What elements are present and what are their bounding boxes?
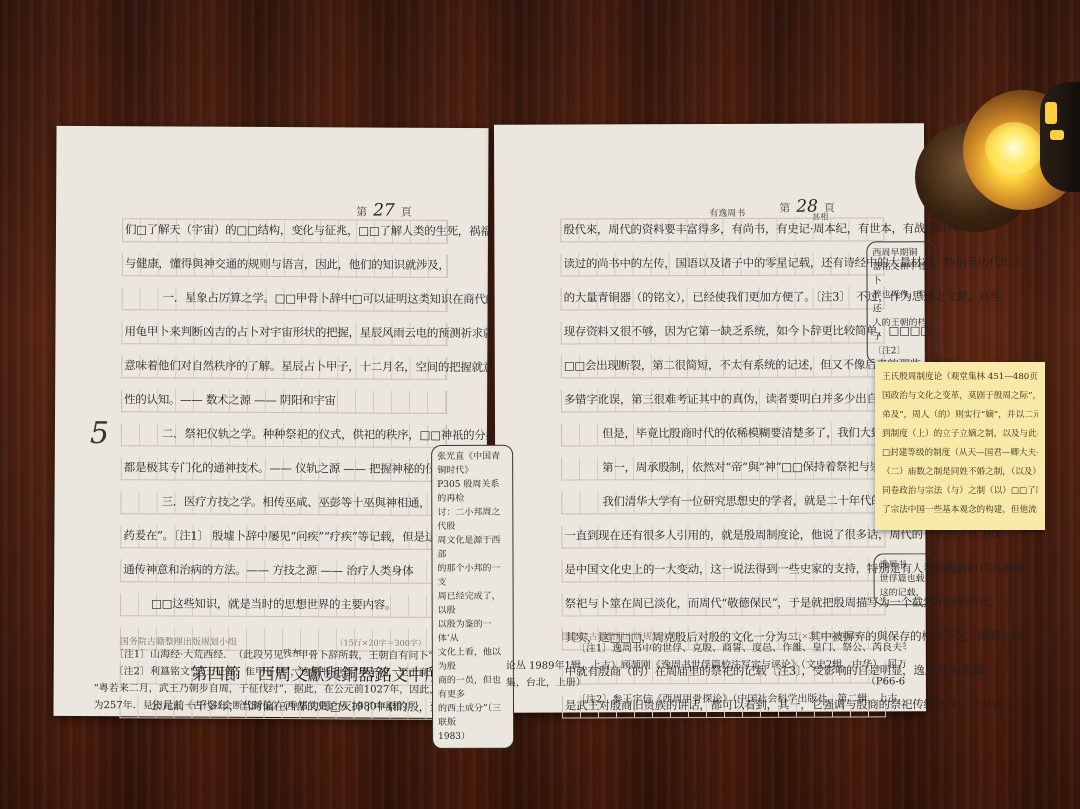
manuscript-line: □□这些知识，就是当时的思想世界的主要内容。 bbox=[151, 595, 396, 612]
grid-row: 二．祭祀仪轨之学。种种祭祀的仪式，供祀的秩序，□□神祇的分类， bbox=[121, 423, 447, 448]
note-line: 人的王朝的档子 bbox=[873, 316, 931, 344]
manuscript-line: 通传神意和治病的方法。—— 方技之源 —— 治疗人类身体 bbox=[123, 561, 413, 579]
manuscript-page-right: 第28頁 有逸周书 甚相 殷代來，周代的资料要丰富得多，有尚书，有史记·周本纪，… bbox=[494, 123, 926, 712]
note-line: 张光直《中国青铜时代》 bbox=[437, 450, 507, 478]
grid-row: 读过的尚书中的左传，国语以及诸子中的零星记载，还有诗经中的大量材料，特别是历代出… bbox=[560, 252, 884, 276]
note-line: 这的记载， bbox=[880, 586, 932, 600]
manuscript-line: 与健康，懂得與神交通的规则与语言，因此，他们的知识就涉及， bbox=[125, 255, 450, 273]
oil-lamp bbox=[915, 62, 1080, 232]
page-number-label: 第27頁 bbox=[356, 200, 412, 220]
note-line: 讨：二小邦周之代殷 bbox=[437, 506, 507, 534]
manuscript-line: 读过的尚书中的左传，国语以及诸子中的零星记载，还有诗经中的大量材料，特别是历代出… bbox=[563, 254, 1022, 272]
lamp-vent bbox=[1050, 130, 1064, 140]
page-label-prefix: 第 bbox=[779, 202, 790, 215]
footnote: “粤若来二月，武王乃朝步自周，于征伐纣”，据此，在公元前1027年，因此，周初的… bbox=[94, 680, 466, 699]
sticky-note-line: □封建等级的制度（从天—国君—卿大夫—士下）， bbox=[882, 444, 1038, 463]
page-number: 27 bbox=[373, 201, 395, 221]
note-line: 器铭文和甲骨卜 bbox=[872, 260, 930, 288]
grid-row: 我们清华大学有一位研究思想史的学者，就是二十年代的王国维，他有一篇著名的论文， bbox=[561, 490, 885, 514]
grid-row: 与健康，懂得與神交通的规则与语言，因此，他们的知识就涉及， bbox=[122, 253, 448, 278]
sticky-note-line: 国政治与文化之变革，莫剧于殷周之际”，他觉得殷（商）“兄终 bbox=[882, 387, 1038, 406]
grid-row: 祭祀与卜筮在周已淡化，而周代“敬德保民”，于是就把殷周描写为一个截然不同的时代。 bbox=[562, 592, 886, 616]
sticky-note: 王氏殷周制度论（观堂集林 451—480页，中华，1959）：“中 国政治与文化… bbox=[875, 362, 1045, 530]
lamp-flame-icon bbox=[985, 122, 1043, 174]
note-line: 商的一员，但也有更多 bbox=[438, 674, 508, 702]
note-line: 的西土成分”（三联版 bbox=[438, 702, 508, 730]
grid-row: 们□了解天（宇宙）的□□结构，变化与征兆，□□了解人类的生死，祸福 bbox=[122, 218, 448, 244]
lamp-vent bbox=[1045, 102, 1057, 124]
manuscript-line: 用龟甲卜来判断凶吉的占卜对宇宙形状的把握，星辰风雨云电的预测祈求就 bbox=[124, 323, 494, 341]
manuscript-line: 第一，周承殷制，依然对“帝”與“神”□□保持着祭祀与崇敬。 bbox=[602, 458, 903, 475]
page-label-suffix: 頁 bbox=[401, 206, 412, 219]
footnotes: 〔注1〕逸周书中的世俘、克殷、商誓、度邑、作雒、皇门、祭公、芮良夫等篇是真材料，… bbox=[576, 639, 906, 708]
footnote: 〔注2〕参王宇信《西周甲骨探论》（中国社会科学出版社，第二辑，上古，1986）又… bbox=[576, 690, 906, 708]
sticky-note-line: 到制度（上）的立子立嫡之制，以及与此相关的宗法制度和丧服制度 bbox=[882, 425, 1038, 444]
footnote: 〔注2〕利簋铭文“武王征商，隹甲子朝”，逸周书·世俘“甲子朝，至于商”，以及·律… bbox=[114, 663, 466, 682]
note-line: 以殷为鉴的一体‘从 bbox=[438, 618, 508, 646]
manuscript-line: 一．星象占厉算之学。□□甲骨卜辞中□可以证明这类知识在商代的发达， bbox=[163, 289, 531, 307]
manuscript-line: 殷代來，周代的资料要丰富得多，有尚书，有史记·周本纪，有世本，有战国时代 bbox=[563, 220, 958, 237]
manuscript-line: 都是极其专门化的通神技术。—— 仪轨之源 —— 把握神秘的仪程 bbox=[124, 459, 448, 477]
note-line: 的那个小邦的一支 bbox=[438, 562, 508, 590]
sticky-note-line: （二）庙数之制是同姓不婚之制，（以及）祭祀制度的与政治的从 bbox=[882, 463, 1038, 482]
footnote: 集，台北，上册） （P66-69） bbox=[506, 673, 906, 691]
grid-row: 的大量青铜器（的铭文），已经使我们更加方便了。〔注3〕 不过，作为思想史文献，这… bbox=[561, 286, 885, 310]
manuscript-page-left: 第27頁 们□了解天（宇宙）的□□结构，变化与征兆，□□了解人类的生死，祸福 与… bbox=[53, 126, 488, 718]
note-line: 西周早期铜 bbox=[872, 246, 930, 260]
note-line: 〔注2〕 bbox=[873, 344, 931, 358]
footnote: 为257年．見田昌五《古代社会断代新论》（中华文史论丛 1980年4辑） bbox=[93, 697, 465, 716]
grid-row: 通传神意和治病的方法。—— 方技之源 —— 治疗人类身体 bbox=[120, 559, 446, 584]
grid-row: 现存资料又很不够，因为它第一缺乏系统，如今卜辞更比较简单，□□□□ bbox=[561, 320, 885, 344]
footnote: 〔注1〕山海经·大荒西经． （此段另见：“甲骨卜辞所载，王朝自有问卜”） bbox=[114, 646, 466, 665]
footnote: 论丛 1989年1辑，上古）顾颉刚《逸周书世俘篇校注写定与评论》（文史2辑，中华… bbox=[506, 656, 906, 674]
sticky-note-line: 同卷政治与宗法（与）之制（以）□□了制度的（演进）——这都有 bbox=[882, 482, 1038, 501]
grid-row: 第一，周承殷制，依然对“帝”與“神”□□保持着祭祀与崇敬。 bbox=[561, 456, 885, 480]
manuscript-line: 们□了解天（宇宙）的□□结构，变化与征兆，□□了解人类的生死，祸福 bbox=[125, 221, 492, 239]
grid-row: 药爰在”。〔注1〕 殷墟卜辞中屡见“问疾”“疗疾”等记载，但是这些巫史也負 bbox=[120, 525, 446, 550]
grid-row: 三．医疗方技之学。相传巫咸、巫彭等十巫與神相通，“从此升降，百 bbox=[121, 491, 447, 516]
manuscript-line: 是中国文化史上的一大变动，这一说法得到一些史家的支持，特别是有人看到殷商时代高度… bbox=[565, 560, 1024, 578]
page-label-prefix: 第 bbox=[356, 205, 367, 218]
grid-row: 殷代來，周代的资料要丰富得多，有尚书，有史记·周本纪，有世本，有战国时代 bbox=[560, 217, 884, 242]
margin-mark: 5 bbox=[90, 416, 109, 451]
note-line: 世俘篇也载 bbox=[880, 572, 932, 586]
margin-note-left: 张光直《中国青铜时代》 P305 殷周关系的再检 讨：二小邦周之代殷 周文化是源… bbox=[431, 445, 514, 749]
margin-note-bottom-right: 逸周书 世俘篇也载 这的记载， bbox=[873, 553, 936, 605]
manuscript-line: 二．祭祀仪轨之学。种种祭祀的仪式，供祀的秩序，□□神祇的分类， bbox=[162, 425, 508, 443]
sticky-note-line: 王氏殷周制度论（观堂集林 451—480页，中华，1959）：“中 bbox=[882, 368, 1038, 387]
sticky-note-line: 了宗法中国一些基本观念的构建，但他流于说，行文说理——但 bbox=[882, 501, 1038, 520]
note-line: 逸周书 bbox=[879, 558, 931, 572]
note-line: 辞也可作，至还 bbox=[873, 288, 931, 316]
note-line: 周文化是源于西部 bbox=[437, 534, 507, 562]
grid-row: 是中国文化史上的一大变动，这一说法得到一些史家的支持，特别是有人看到殷商时代高度… bbox=[561, 558, 885, 582]
grid-row: □□会出现断裂，第二很简短，不太有系统的记述，但又不像后来的那些，甚至 bbox=[561, 354, 885, 378]
manuscript-line: 性的认知。—— 数术之源 —— 阴阳和宇宙 bbox=[124, 391, 336, 408]
grid-row: □□这些知识，就是当时的思想世界的主要内容。 bbox=[120, 593, 446, 618]
footnote: 〔注1〕逸周书中的世俘、克殷、商誓、度邑、作雒、皇门、祭公、芮良夫等篇是真材料，… bbox=[576, 639, 906, 657]
grid-row: 用龟甲卜来判断凶吉的占卜对宇宙形状的把握，星辰风雨云电的预测祈求就 bbox=[121, 321, 447, 346]
grid-row: 一直到现在还有很多人引用的，就是殷周制度论，他说了很多话，周代的一不同，认为这 bbox=[561, 524, 885, 548]
grid-row: 但是，毕竟比殷商时代的依稀模糊要清楚多了，我们大致可以概括出： bbox=[561, 422, 885, 446]
note-line: P305 殷周关系的再检 bbox=[437, 478, 507, 506]
grid-row: 多错字讹误，第三很难考证其中的真伪，读者要明白并多少出自后人的手笔！ bbox=[561, 388, 885, 412]
note-line: 文化上看，他以为殷 bbox=[438, 646, 508, 674]
margin-note-right: 西周早期铜 器铭文和甲骨卜 辞也可作，至还 人的王朝的档子 〔注2〕 bbox=[866, 241, 936, 363]
note-line: 1983） bbox=[438, 730, 508, 744]
grid-row: 一．星象占厉算之学。□□甲骨卜辞中□可以证明这类知识在商代的发达， bbox=[122, 287, 448, 312]
grid-row: 性的认知。—— 数术之源 —— 阴阳和宇宙 bbox=[121, 389, 447, 414]
grid-row: 都是极其专门化的通神技术。—— 仪轨之源 —— 把握神秘的仪程 bbox=[121, 457, 447, 482]
note-line: 周已经完成了，以殷 bbox=[438, 590, 508, 618]
grid-row: 意味着他们对自然秩序的了解。星辰占卜甲子，十二月名，空间的把握就意味他们对于属 bbox=[121, 355, 447, 380]
footnotes: 〔注1〕山海经·大荒西经． （此段另见：“甲骨卜辞所载，王朝自有问卜”） 〔注2… bbox=[113, 646, 465, 716]
sticky-note-line: 弟及”，周人（的）则实行“嫡”，并以二元（的方）案（立）为继承，他看 bbox=[882, 406, 1038, 425]
